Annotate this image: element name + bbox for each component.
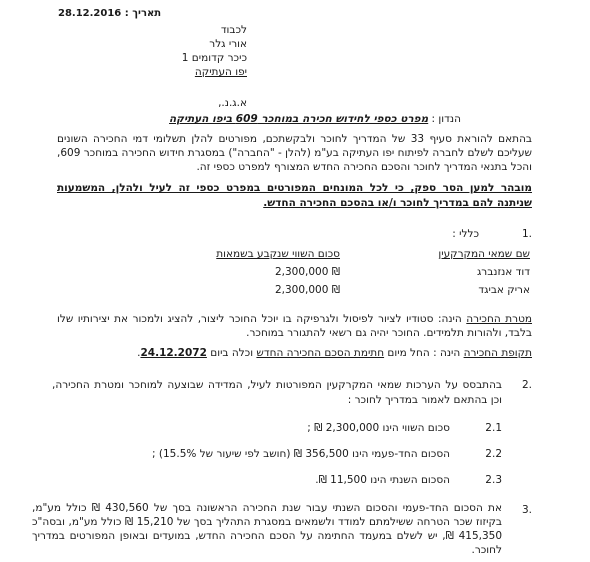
recipient-address: כיכר קדומים 1	[87, 51, 247, 65]
subject-line: הנדון : מפרט כספי לחידוש חכירה במוחכר 60…	[145, 112, 485, 126]
item-2-3-text: הסכום השנתי הינו 11,500 ₪.	[315, 473, 450, 487]
intro-paragraph: בהתאם להוראת סעיף 33 של המדריך לחוכר ולב…	[57, 132, 532, 174]
notice-paragraph: מובהר למען הסר ספק, כי לכל המונחים המפור…	[57, 181, 532, 211]
date-label: תאריך :	[125, 8, 161, 19]
period-label: תקופת החכירה	[464, 347, 532, 359]
item-2-2-text: הסכום החד-פעמי הינו 356,500 ₪ (חושב לפי …	[152, 447, 450, 461]
notice-text: מובהר למען הסר ספק, כי לכל המונחים המפור…	[57, 182, 532, 209]
owners-header-name: שם שמאי המקרקעין	[438, 247, 530, 261]
section-2-number: .2	[522, 378, 532, 392]
item-2-1-text: סכום השווי הינו 2,300,000 ₪ ;	[307, 421, 450, 435]
subject-title: מפרט כספי לחידוש חכירה במוחכר 609 ביפו ה…	[169, 113, 428, 125]
item-2-1-number: 2.1	[485, 421, 502, 435]
purpose-paragraph: מטרת החכירה הינה: סטודיו לציור לפיסול ול…	[57, 312, 532, 340]
owner-row-1-value: 2,300,000 ₪	[220, 265, 340, 279]
purpose-text: הינה: סטודיו לציור לפיסול ולגרפיקה בו יו…	[57, 313, 532, 339]
recipient-city: יפו העתיקה	[87, 65, 247, 79]
owners-header-value: סכום השווי שנקבע בשמאות	[216, 247, 340, 261]
period-text-1: הינה : החל מיום	[384, 347, 464, 359]
item-2-2-number: 2.2	[485, 447, 502, 461]
letter-page: תאריך : 28.12.2016 לכבוד אורי גלר כיכר ק…	[0, 0, 590, 562]
recipient-block: לכבוד אורי גלר כיכר קדומים 1 יפו העתיקה	[87, 23, 247, 79]
recipient-salutation: לכבוד	[87, 23, 247, 37]
section-2-text: בהתבסס על הערכות שמאי המקרקעין המפורטות …	[52, 378, 502, 408]
owner-row-2-name: אריק אביגד	[478, 283, 530, 297]
greeting: א.ג.נ.,	[218, 96, 247, 110]
section-1-number: .1	[522, 227, 532, 241]
recipient-name: אורי גלר	[87, 37, 247, 51]
date-line: תאריך : 28.12.2016	[58, 7, 161, 21]
owner-row-2-value: 2,300,000 ₪	[220, 283, 340, 297]
period-text-2: וכלה ביום	[207, 347, 257, 359]
owner-row-1-name: דוד אנזנברג	[477, 265, 530, 279]
section-3-number: .3	[522, 503, 532, 517]
item-2-3-number: 2.3	[485, 473, 502, 487]
section-1-title: כללי :	[452, 227, 479, 241]
purpose-label: מטרת החכירה	[466, 313, 532, 325]
date-value: 28.12.2016	[58, 8, 121, 19]
period-end-date: 24.12.2072	[140, 347, 206, 359]
section-3-text: את הסכום החד-פעמי והסכום השנתי עבור שנת …	[32, 501, 502, 557]
period-signing: חתימת הסכם החכירה החדש	[256, 347, 384, 359]
subject-label: הנדון :	[432, 113, 461, 125]
period-paragraph: תקופת החכירה הינה : החל מיום חתימת הסכם …	[57, 346, 532, 360]
